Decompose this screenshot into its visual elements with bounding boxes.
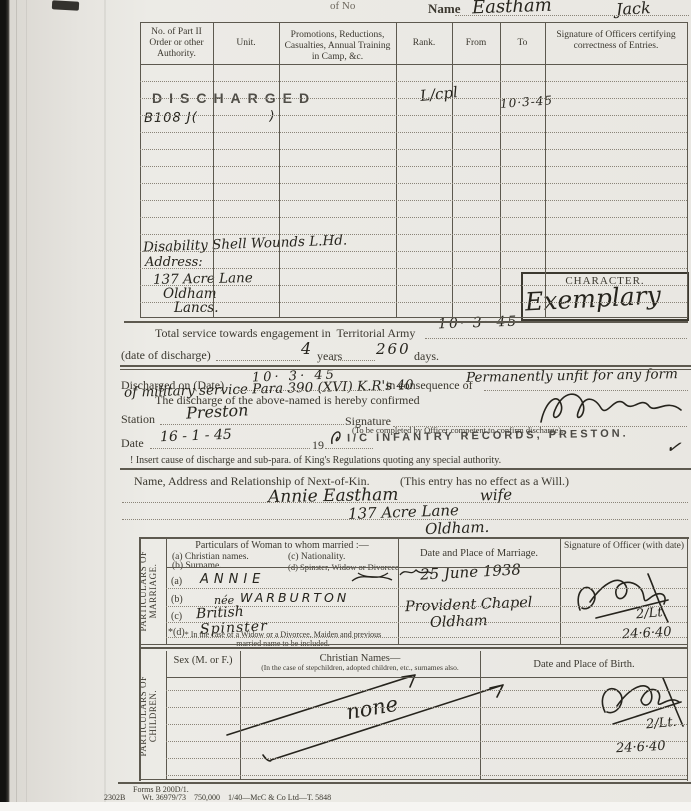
dotted-line <box>166 758 687 759</box>
dotted-line <box>140 166 687 167</box>
marriage-sig-rank-handwriting: 2/Lt. <box>635 605 667 623</box>
dotted-line <box>325 448 373 449</box>
marriage-date-handwriting: 25 June 1938 <box>420 560 522 583</box>
dotted-line <box>166 707 687 708</box>
marriage-sig-col-header: Signature of Officer (with date) <box>562 541 686 552</box>
rule-line <box>398 537 399 645</box>
top-fragment: of No <box>330 0 355 12</box>
marriage-header-c: (c) Nationality. <box>288 552 345 562</box>
disability-handwriting: Disability Shell Wounds L.Hd. <box>143 232 348 255</box>
rule-line <box>166 567 688 568</box>
dotted-line <box>140 132 687 133</box>
scanned-discharge-form: of No Name Eastham Jack No. of Part II O… <box>0 0 691 811</box>
rule-line <box>140 22 688 23</box>
rule-line <box>687 22 688 318</box>
total-service-line: Total service towards engagement in Terr… <box>155 326 415 341</box>
reference-handwriting: B108 J( ) <box>144 109 276 126</box>
station-label: Station <box>121 412 155 427</box>
rule-line <box>452 22 453 318</box>
rule-line <box>118 782 691 784</box>
children-officer-signature-scrawl <box>593 672 688 744</box>
record-header-rank: Rank. <box>397 38 451 48</box>
rule-line <box>140 22 141 318</box>
dotted-line <box>150 448 310 449</box>
dotted-line <box>393 426 687 427</box>
marriage-row-a-label: (a) <box>171 576 182 587</box>
dotted-line <box>238 390 384 391</box>
children-side-label: PARTICULARS OF CHILDREN. <box>138 660 168 772</box>
rule-line <box>140 64 688 65</box>
rule-line <box>213 22 214 318</box>
marriage-side-label: PARTICULARS OF MARRIAGE. <box>138 535 168 647</box>
dotted-line <box>166 741 687 742</box>
marriage-row-a-scrawl <box>348 568 396 586</box>
stamp-prefix-scrawl <box>328 427 346 445</box>
dotted-line <box>140 183 687 184</box>
scan-left-edge <box>0 0 10 811</box>
rule-line <box>139 537 689 539</box>
dotted-line <box>216 360 300 361</box>
dotted-line <box>140 234 687 235</box>
confirming-officer-signature-scrawl <box>535 388 685 430</box>
dotted-line <box>122 502 688 503</box>
dotted-line <box>166 622 687 623</box>
dotted-line <box>484 390 688 391</box>
record-header-from: From <box>453 38 499 48</box>
dotted-line <box>140 200 687 201</box>
dotted-line <box>140 268 687 269</box>
year-prefix: 19 <box>312 438 324 453</box>
marriage-header-b: (b) Surname. <box>172 561 222 571</box>
dotted-line <box>140 98 687 99</box>
record-header-promotions: Promotions, Reductions, Casualties, Annu… <box>281 30 394 63</box>
record-header-authority: No. of Part II Order or other Authority. <box>141 27 212 60</box>
marriage-footnote: * In the case of a Widow or a Divorcee, … <box>174 631 392 648</box>
rule-line <box>240 651 241 780</box>
rule-line <box>166 651 167 780</box>
rule-line <box>120 468 691 470</box>
rule-line <box>120 365 691 367</box>
days-value-handwriting: 260 <box>376 340 411 358</box>
rule-line <box>279 22 280 318</box>
rule-line <box>140 317 688 318</box>
dotted-line <box>166 690 687 691</box>
rule-line <box>120 369 691 370</box>
marriage-row-b-value-handwriting: WARBURTON <box>240 590 349 605</box>
dotted-line <box>166 724 687 725</box>
dotted-line <box>140 217 687 218</box>
footer-print-details: Wt. 36979/73 750,000 1/40—McC & Co Ltd—T… <box>142 793 331 802</box>
station-value-handwriting: Preston <box>186 400 249 422</box>
scan-bottom-strip <box>0 802 691 811</box>
character-box: CHARACTER. Exemplary <box>521 272 689 321</box>
scan-top-smudge <box>52 0 79 10</box>
discharge-footnote: ! Insert cause of discharge and sub-para… <box>130 455 501 466</box>
rule-line <box>166 537 167 645</box>
record-header-signature: Signature of Officers certifying correct… <box>546 30 686 52</box>
marriage-date-col-header: Date and Place of Marriage. <box>400 548 558 559</box>
scan-crease-2 <box>26 0 27 811</box>
dotted-line <box>166 606 687 607</box>
rule-line <box>139 647 688 649</box>
record-header-unit: Unit. <box>214 38 278 48</box>
scan-crease-1 <box>16 0 17 811</box>
dotted-line <box>140 115 687 116</box>
rule-line <box>139 537 141 781</box>
dotted-line <box>455 15 689 16</box>
marriage-row-c-label: (c) <box>171 611 182 622</box>
name-second-handwriting: Jack <box>616 0 652 19</box>
years-value-handwriting: 4 <box>301 339 311 358</box>
years-label: years <box>317 349 342 364</box>
rule-line <box>139 779 688 780</box>
dotted-line <box>140 81 687 82</box>
marriage-sig-date-handwriting: 24·6·40 <box>622 625 672 643</box>
date-field-value-handwriting: 16 - 1 - 45 <box>160 427 232 445</box>
dotted-line <box>140 251 687 252</box>
dotted-line <box>140 302 687 303</box>
dotted-line <box>160 424 344 425</box>
marriage-place1-handwriting: Provident Chapel <box>405 595 533 615</box>
rule-line <box>545 22 546 318</box>
date-of-discharge-label: (date of discharge) <box>121 348 211 363</box>
record-header-to: To <box>501 38 544 48</box>
dotted-line <box>166 637 687 638</box>
scan-crease-3 <box>104 0 106 811</box>
dotted-line <box>166 775 687 776</box>
dotted-line <box>333 360 375 361</box>
rule-line <box>166 677 688 678</box>
dotted-line <box>122 519 688 520</box>
rule-line <box>139 644 688 645</box>
marriage-header-title: Particulars of Woman to whom married :— <box>168 540 396 551</box>
rule-line <box>560 537 561 645</box>
rule-line <box>396 22 397 318</box>
footer-print-code: 2302B <box>104 793 125 802</box>
dotted-line <box>140 149 687 150</box>
marriage-row-a-value-handwriting: ANNIE <box>200 572 265 587</box>
rule-line <box>687 537 688 781</box>
checkmark-hw-icon: ✓ <box>665 436 683 459</box>
dotted-line <box>425 338 687 339</box>
dotted-line <box>166 588 687 589</box>
rule-line <box>500 22 501 318</box>
date-field-label: Date <box>121 436 144 451</box>
days-label: days. <box>414 349 439 364</box>
nok-address2-handwriting: Oldham. <box>425 518 490 538</box>
children-strikethrough-arrows <box>213 663 513 768</box>
rule-line <box>124 321 688 323</box>
dotted-line <box>140 285 687 286</box>
rule-line <box>480 651 481 780</box>
marriage-row-b-label: (b) <box>171 594 183 605</box>
